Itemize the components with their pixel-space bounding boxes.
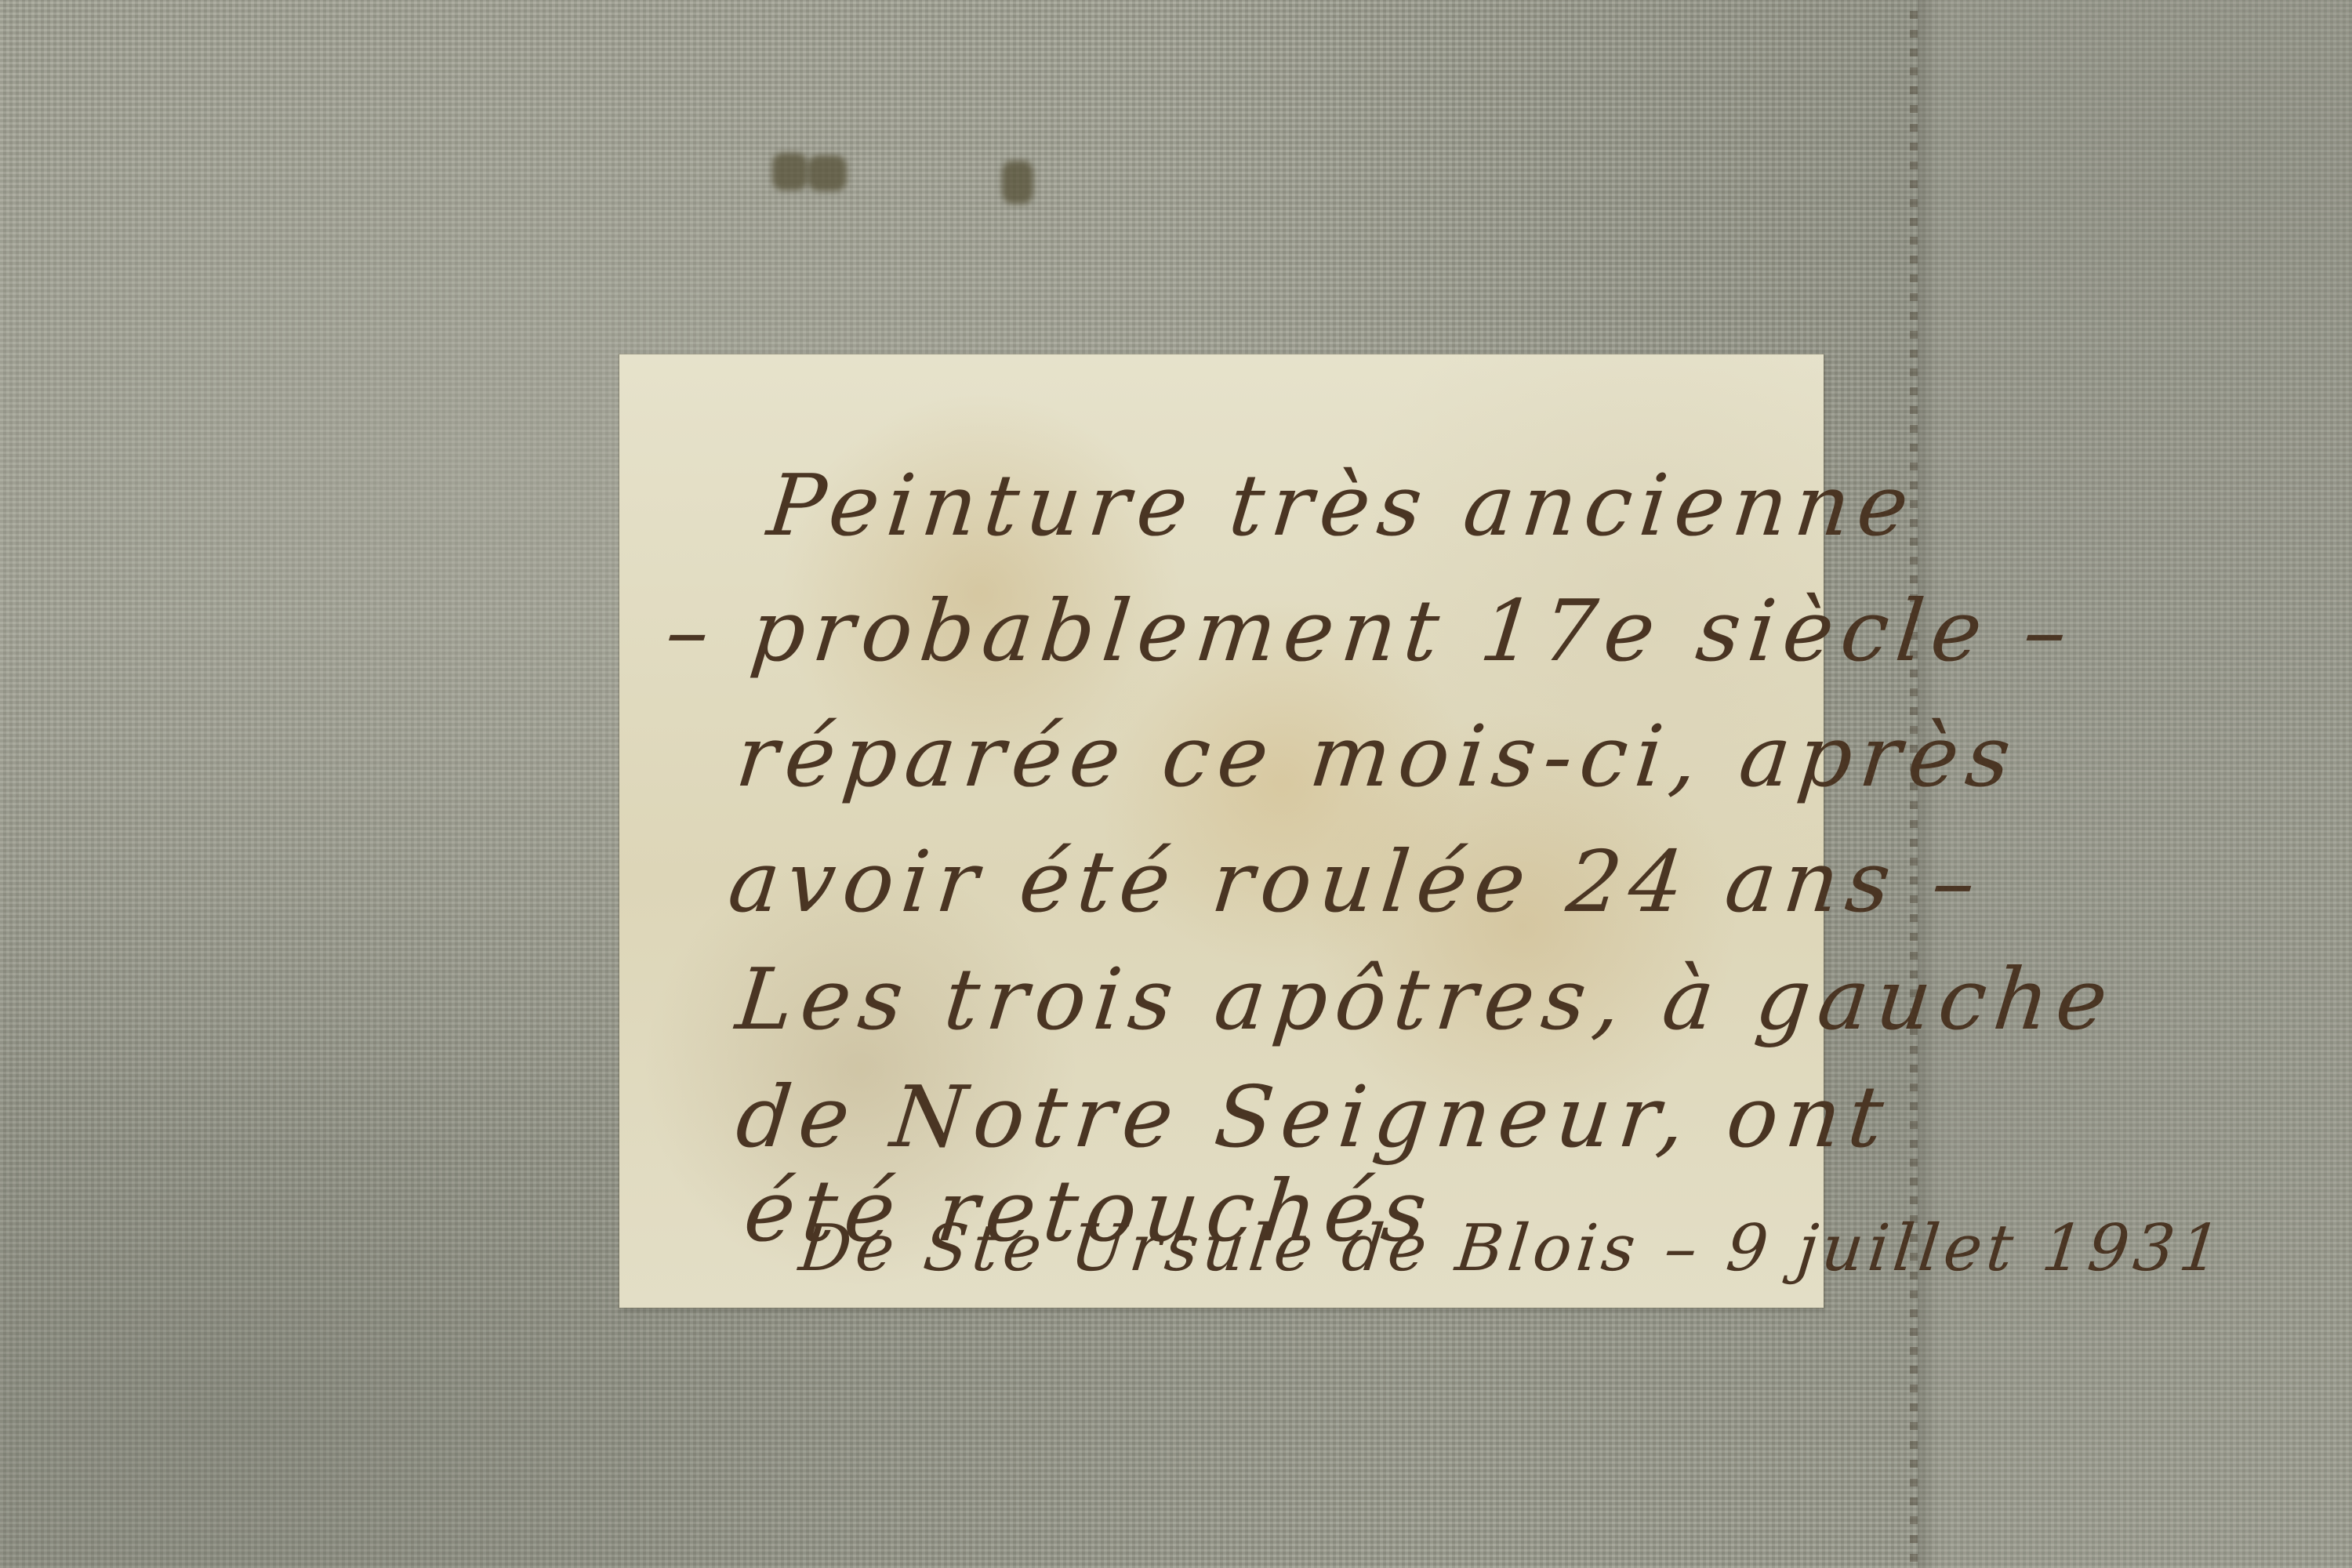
note-line-2: – probablement 17e siècle – [662, 590, 2078, 674]
canvas-stain [808, 155, 847, 191]
note-line-1: Peinture très ancienne [764, 464, 1920, 549]
canvas-stain [1002, 161, 1033, 204]
note-line-3: réparée ce mois-ci, après [732, 715, 2022, 800]
handwritten-note: Peinture très ancienne – probablement 17… [619, 354, 1824, 1308]
note-signature-date: De Ste Ursule de Blois – 9 juillet 1931 [797, 1217, 2228, 1281]
handwritten-paper-label: Peinture très ancienne – probablement 17… [619, 354, 1824, 1308]
note-line-4: avoir été roulée 24 ans – [724, 840, 1987, 925]
note-line-5: Les trois apôtres, à gauche [732, 958, 2118, 1043]
note-line-6: de Notre Seigneur, ont [732, 1076, 1895, 1160]
canvas-stain [772, 153, 808, 191]
linen-canvas-background: Peinture très ancienne – probablement 17… [0, 0, 2352, 1568]
